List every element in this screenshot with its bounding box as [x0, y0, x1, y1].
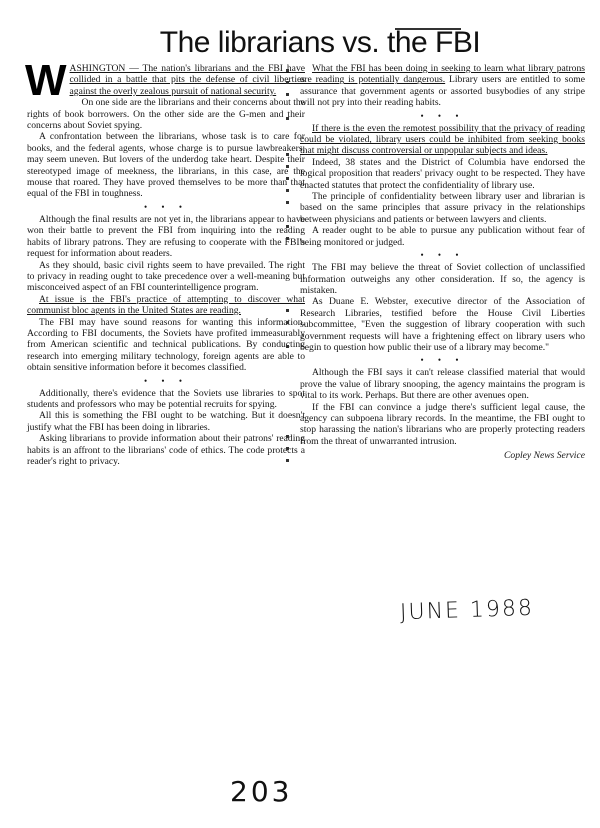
column-margin-marks — [286, 65, 292, 565]
handwritten-date: JUNE 1988 — [400, 596, 535, 626]
paragraph: The FBI may have sound reasons for wanti… — [27, 317, 305, 374]
paragraph-underlined: If there is the even the remotest possib… — [300, 123, 585, 157]
section-divider: • • • — [300, 249, 585, 261]
section-divider: • • • — [27, 375, 305, 387]
paragraph: As Duane E. Webster, executive director … — [300, 296, 585, 353]
section-divider: • • • — [300, 354, 585, 366]
newspaper-clipping-page: The librarians vs. the FBI WASHINGTON — … — [0, 0, 600, 828]
paragraph: Additionally, there's evidence that the … — [27, 388, 305, 411]
paragraph: The FBI may believe the threat of Soviet… — [300, 262, 585, 296]
byline: Copley News Service — [300, 450, 585, 461]
paragraph: If the FBI can convince a judge there's … — [300, 402, 585, 448]
section-divider: • • • — [27, 201, 305, 213]
section-divider: • • • — [300, 110, 585, 122]
paragraph: Indeed, 38 states and the District of Co… — [300, 157, 585, 191]
paragraph: Although the final results are not yet i… — [27, 214, 305, 260]
drop-cap: W — [25, 63, 67, 99]
paragraph: A confrontation between the librarians, … — [27, 131, 305, 199]
lead-text: ASHINGTON — The nation's librarians and … — [70, 63, 305, 97]
paragraph-underlined: At issue is the FBI's practice of attemp… — [27, 294, 305, 317]
paragraph: The principle of confidentiality between… — [300, 191, 585, 225]
right-column: What the FBI has been doing in seeking t… — [300, 63, 585, 462]
underlined-text: If there is the even the remotest possib… — [300, 123, 585, 157]
handwritten-page-number: 203 — [230, 775, 292, 808]
paragraph: On one side are the librarians and their… — [27, 97, 305, 131]
paragraph: All this is something the FBI ought to b… — [27, 410, 305, 433]
underlined-text: At issue is the FBI's practice of attemp… — [27, 294, 305, 316]
lead-paragraph: WASHINGTON — The nation's librarians and… — [27, 63, 305, 97]
paragraph: As they should, basic civil rights seem … — [27, 260, 305, 294]
paragraph-underlined: What the FBI has been doing in seeking t… — [300, 63, 585, 109]
left-column: WASHINGTON — The nation's librarians and… — [27, 63, 305, 467]
paragraph: Asking librarians to provide information… — [27, 433, 305, 467]
paragraph: A reader ought to be able to pursue any … — [300, 225, 585, 248]
headline: The librarians vs. the FBI — [0, 26, 600, 60]
paragraph: Although the FBI says it can't release c… — [300, 367, 585, 401]
